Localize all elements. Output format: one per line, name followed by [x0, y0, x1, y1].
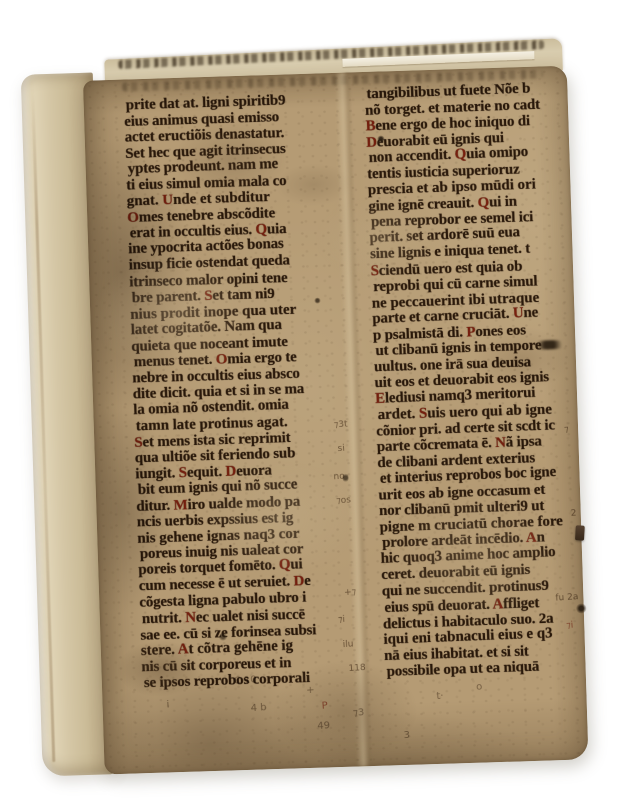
rubric-initial: A	[492, 596, 503, 612]
pen-trial-scribble: P	[321, 701, 328, 710]
ink-text: e	[304, 573, 311, 589]
marginal-note: 2	[571, 509, 577, 518]
text-column-right: tangibilibus ut fuete Nõe bnõ torget. et…	[364, 78, 623, 680]
ink-text: t cõtra gehēne ig	[188, 637, 293, 657]
marginal-note: 118	[348, 664, 366, 674]
rubric-initial: A	[177, 641, 188, 657]
rubric-initial: D	[225, 464, 236, 480]
ink-text: ditur.	[136, 498, 174, 515]
front-cover-leaf: prite dat at. ligni spiritib9eius animus…	[83, 66, 589, 775]
ink-text: ffliget	[503, 595, 540, 612]
ink-text: uia omipo	[466, 144, 529, 162]
pen-trial-scribble: 4 b	[250, 703, 266, 713]
marginal-note: si	[337, 445, 345, 454]
ink-text: ne	[523, 304, 538, 321]
ink-text: ui	[290, 557, 303, 573]
rubric-initial: D	[366, 135, 377, 151]
photo-background: prite dat at. ligni spiritib9eius animus…	[0, 0, 641, 800]
clasp-remnant	[575, 525, 585, 540]
marginal-note: ⁊3t	[334, 420, 348, 430]
rubric-initial: Q	[477, 195, 489, 211]
ink-text: ones eos	[475, 322, 526, 340]
ink-text: menus tenet.	[134, 352, 216, 371]
ink-text: stere.	[141, 641, 178, 658]
text-column-left: prite dat at. ligni spiritib9eius animus…	[123, 90, 380, 691]
marginal-note: ⁊os	[336, 496, 351, 506]
marginal-note: ilu	[343, 640, 354, 650]
rubric-initial: B	[365, 118, 375, 134]
pen-trial-scribble: t·	[436, 692, 444, 701]
rubric-initial: N	[185, 609, 196, 625]
ink-text: bre parent.	[132, 288, 205, 306]
rubric-initial: N	[495, 435, 506, 451]
marginal-note: ⁊i	[566, 622, 574, 631]
ink-spot	[342, 473, 348, 483]
pen-trial-scribble: o	[476, 682, 483, 691]
pen-trial-scribble: 49	[317, 721, 330, 731]
ink-text: gnat.	[127, 193, 163, 210]
rubric-initial: Q	[279, 557, 291, 573]
pen-trial-scribble: C 10	[234, 675, 257, 685]
ink-text: ui in	[489, 194, 517, 211]
rubric-initial: M	[173, 497, 187, 513]
ink-text: et tam ni9	[212, 285, 275, 303]
ink-text: p psalmistā di.	[373, 324, 467, 343]
pen-trial-scribble: +	[306, 686, 315, 696]
rubric-initial: E	[375, 390, 385, 406]
ink-text: ardet.	[377, 406, 419, 423]
spine-crease	[31, 88, 55, 762]
ink-text: nutrit.	[142, 610, 186, 627]
marginal-note: fu 2a	[555, 593, 579, 604]
pen-trial-scribble: 3	[403, 731, 410, 740]
manuscript-book: prite dat at. ligni spiritib9eius animus…	[20, 50, 590, 781]
ink-text: ã ipsa	[505, 433, 541, 450]
ink-text: mia ergo te	[227, 349, 297, 367]
marginal-note: ⁊	[564, 426, 569, 435]
marginal-note: ⁊i	[338, 616, 346, 625]
pen-trial-scribble: ⁊3	[353, 708, 365, 718]
marginal-note: +⁊	[344, 588, 357, 598]
pen-trial-scribble: i	[166, 700, 169, 709]
